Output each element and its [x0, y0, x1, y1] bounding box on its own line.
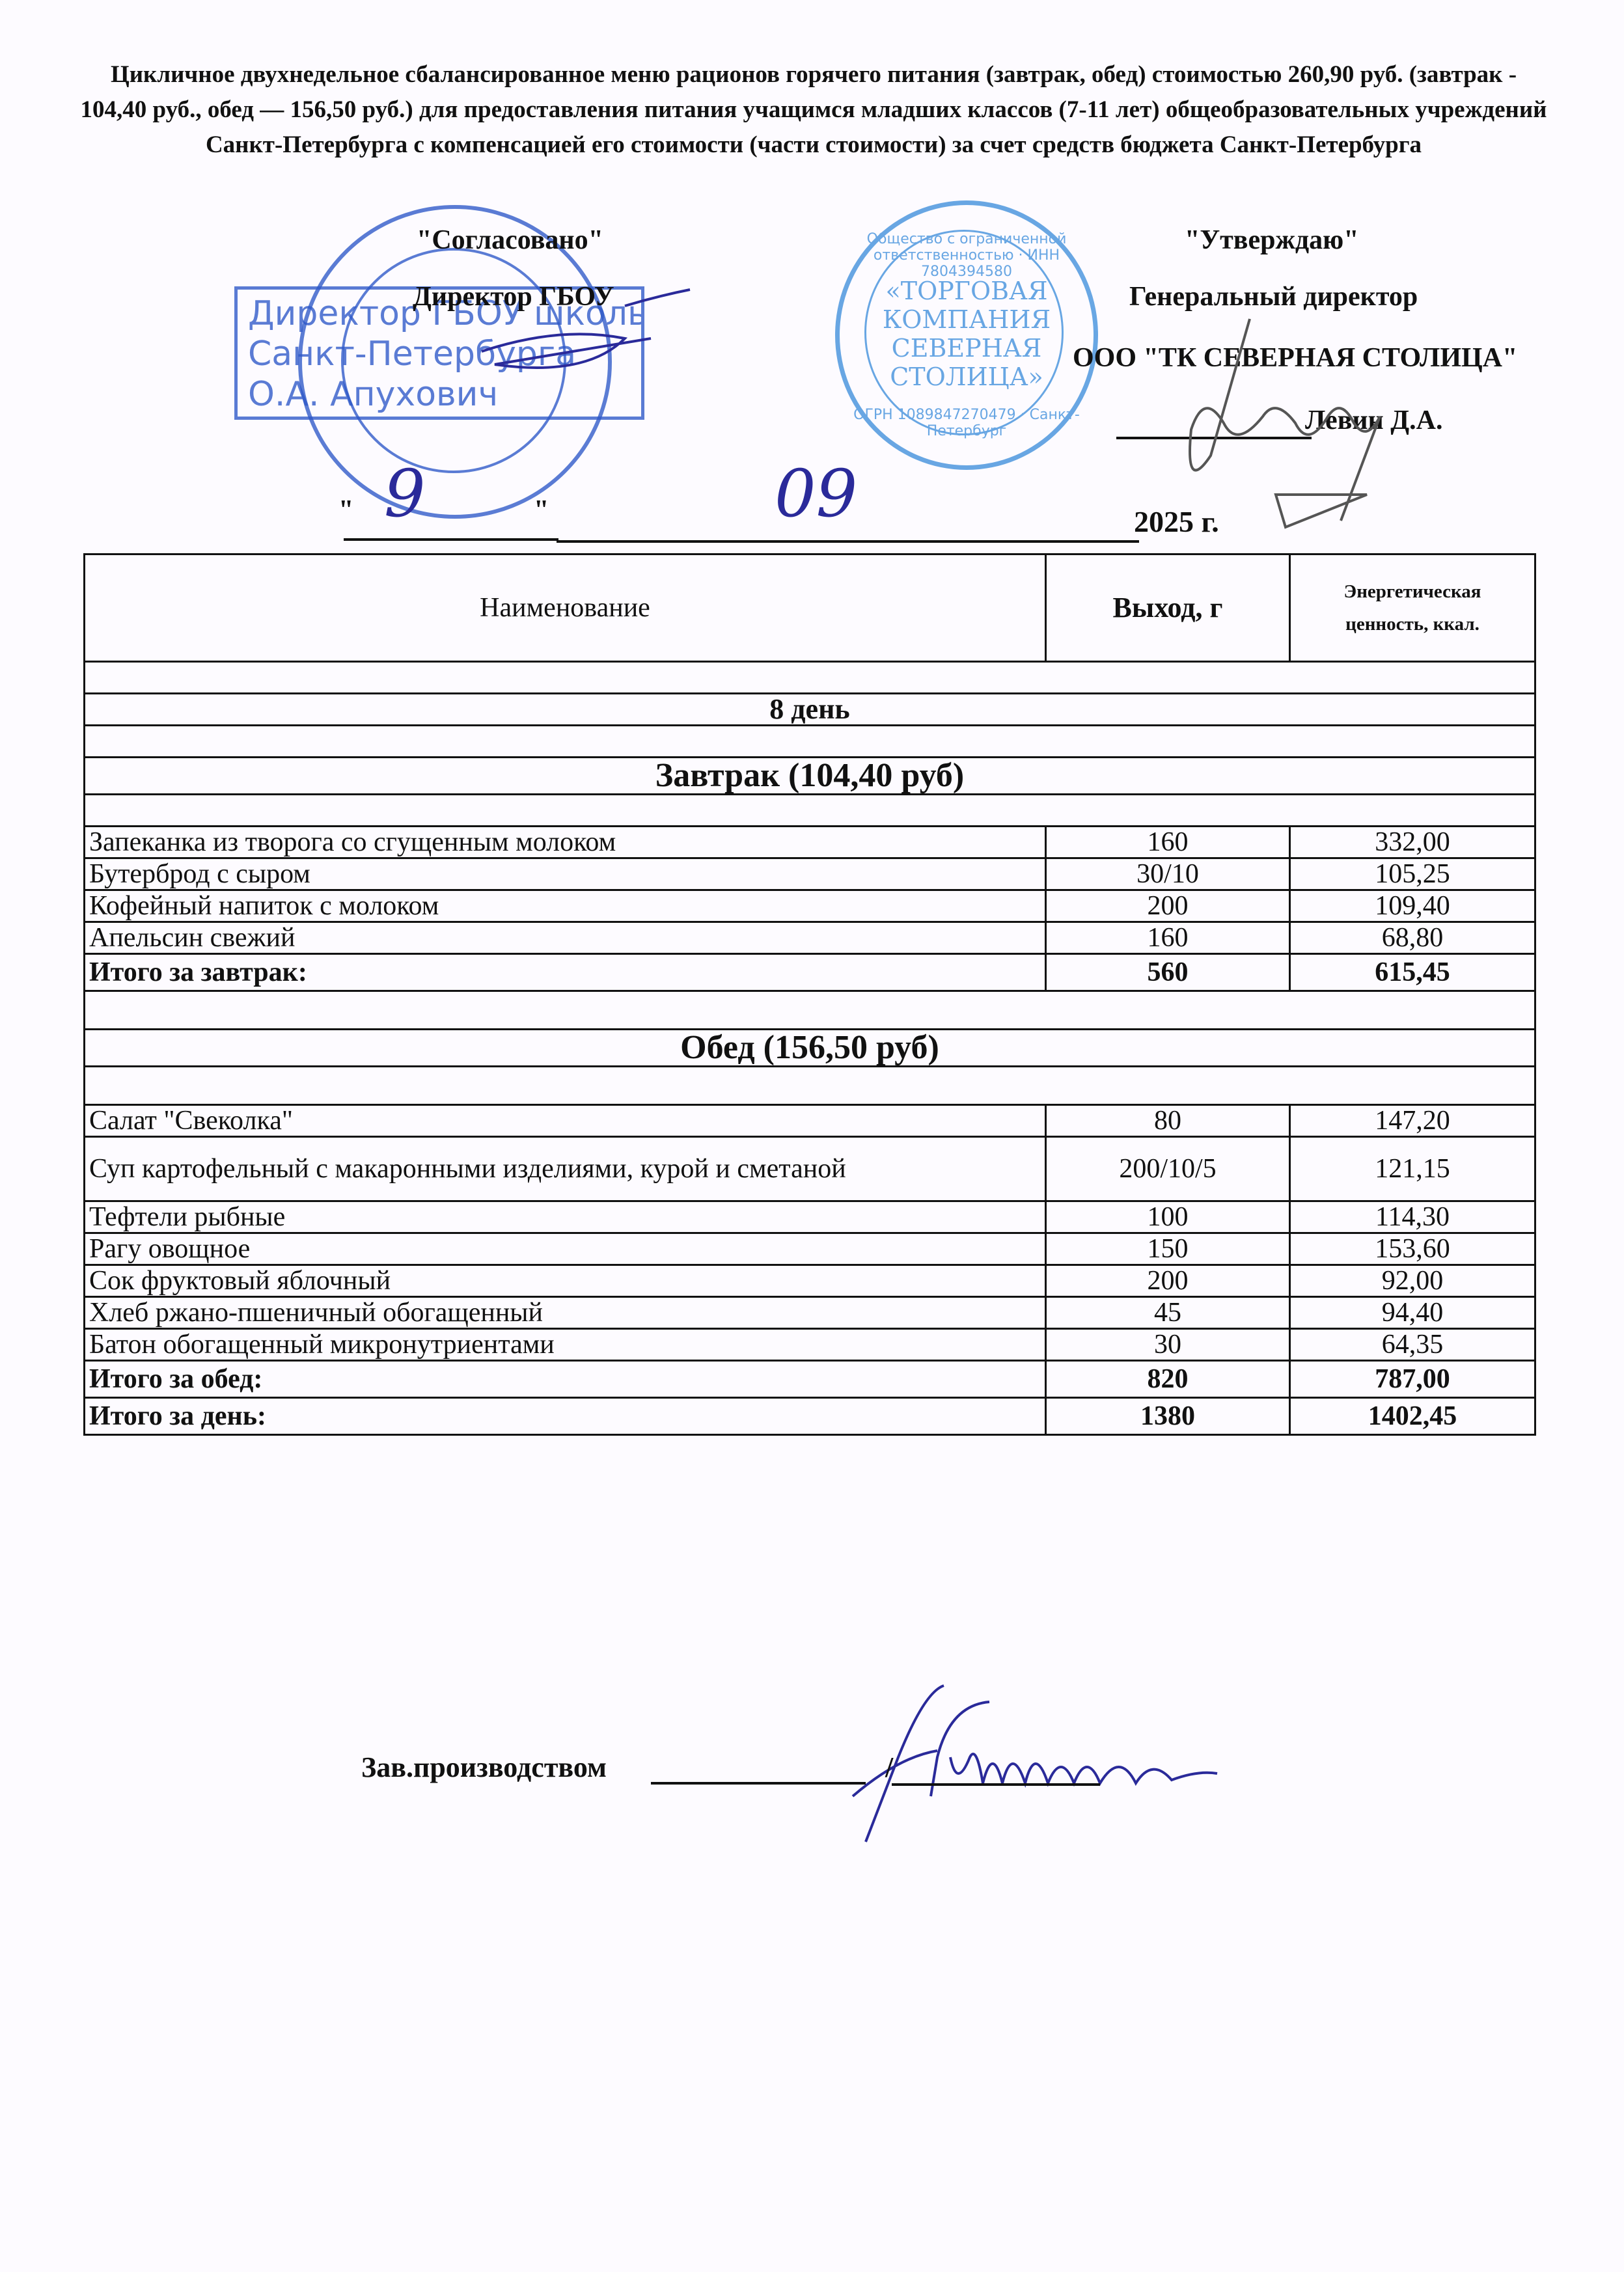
item-name: Кофейный напиток с молоком	[85, 890, 1046, 922]
table-row: Апельсин свежий 160 68,80	[85, 922, 1535, 954]
item-kcal: 92,00	[1290, 1265, 1535, 1297]
spacer-row	[85, 991, 1535, 1030]
total-kcal: 1402,45	[1290, 1398, 1535, 1435]
item-yield: 30	[1046, 1329, 1290, 1361]
day-total-row: Итого за день: 1380 1402,45	[85, 1398, 1535, 1435]
table-row: Батон обогащенный микронутриентами 30 64…	[85, 1329, 1535, 1361]
item-yield: 160	[1046, 922, 1290, 954]
item-name: Хлеб ржано-пшеничный обогащенный	[85, 1297, 1046, 1329]
header-name: Наименование	[85, 554, 1046, 662]
approved-signature-icon	[1190, 319, 1380, 527]
total-kcal: 787,00	[1290, 1361, 1535, 1398]
item-kcal: 94,40	[1290, 1297, 1535, 1329]
spacer-row	[85, 795, 1535, 827]
total-label: Итого за завтрак:	[85, 954, 1046, 991]
item-kcal: 121,15	[1290, 1137, 1535, 1201]
total-label: Итого за день:	[85, 1398, 1046, 1435]
footer-signature-icon	[853, 1686, 1217, 1842]
signature-separator: /	[885, 1751, 893, 1784]
item-yield: 30/10	[1046, 858, 1290, 890]
table-header-row: Наименование Выход, г Энергетическая цен…	[85, 554, 1535, 662]
header-energy: Энергетическая ценность, ккал.	[1290, 554, 1535, 662]
day-label: 8 день	[85, 694, 1535, 726]
table-row: Хлеб ржано-пшеничный обогащенный 45 94,4…	[85, 1297, 1535, 1329]
lunch-label: Обед (156,50 руб)	[85, 1030, 1535, 1067]
item-yield: 45	[1046, 1297, 1290, 1329]
spacer-row	[85, 662, 1535, 694]
item-name: Рагу овощное	[85, 1233, 1046, 1265]
signature-line	[651, 1782, 866, 1785]
header-yield: Выход, г	[1046, 554, 1290, 662]
item-kcal: 109,40	[1290, 890, 1535, 922]
total-yield: 560	[1046, 954, 1290, 991]
item-kcal: 68,80	[1290, 922, 1535, 954]
total-label: Итого за обед:	[85, 1361, 1046, 1398]
total-kcal: 615,45	[1290, 954, 1535, 991]
item-name: Батон обогащенный микронутриентами	[85, 1329, 1046, 1361]
lunch-heading-row: Обед (156,50 руб)	[85, 1030, 1535, 1067]
item-yield: 200	[1046, 1265, 1290, 1297]
item-kcal: 332,00	[1290, 827, 1535, 858]
item-name: Тефтели рыбные	[85, 1201, 1046, 1233]
item-name: Бутерброд с сыром	[85, 858, 1046, 890]
agreed-signature-icon	[625, 290, 690, 306]
item-name: Запеканка из творога со сгущенным молоко…	[85, 827, 1046, 858]
item-kcal: 147,20	[1290, 1105, 1535, 1137]
item-name: Апельсин свежий	[85, 922, 1046, 954]
table-row: Салат "Свеколка" 80 147,20	[85, 1105, 1535, 1137]
item-yield: 100	[1046, 1201, 1290, 1233]
breakfast-heading-row: Завтрак (104,40 руб)	[85, 758, 1535, 795]
item-name: Суп картофельный с макаронными изделиями…	[85, 1137, 1046, 1201]
table-row: Бутерброд с сыром 30/10 105,25	[85, 858, 1535, 890]
item-kcal: 153,60	[1290, 1233, 1535, 1265]
item-kcal: 114,30	[1290, 1201, 1535, 1233]
table-row: Суп картофельный с макаронными изделиями…	[85, 1137, 1535, 1201]
item-kcal: 105,25	[1290, 858, 1535, 890]
breakfast-label: Завтрак (104,40 руб)	[85, 758, 1535, 795]
table-row: Сок фруктовый яблочный 200 92,00	[85, 1265, 1535, 1297]
item-name: Сок фруктовый яблочный	[85, 1265, 1046, 1297]
total-yield: 1380	[1046, 1398, 1290, 1435]
production-manager-label: Зав.производством	[361, 1751, 607, 1784]
item-yield: 150	[1046, 1233, 1290, 1265]
header-energy-line: Энергетическая	[1295, 575, 1530, 608]
total-yield: 820	[1046, 1361, 1290, 1398]
spacer-row	[85, 1067, 1535, 1105]
breakfast-total-row: Итого за завтрак: 560 615,45	[85, 954, 1535, 991]
item-yield: 200	[1046, 890, 1290, 922]
lunch-total-row: Итого за обед: 820 787,00	[85, 1361, 1535, 1398]
item-yield: 160	[1046, 827, 1290, 858]
item-yield: 200/10/5	[1046, 1137, 1290, 1201]
header-energy-line: ценность, ккал.	[1295, 608, 1530, 640]
spacer-row	[85, 726, 1535, 758]
name-line	[892, 1783, 1100, 1786]
table-row: Запеканка из творога со сгущенным молоко…	[85, 827, 1535, 858]
table-row: Тефтели рыбные 100 114,30	[85, 1201, 1535, 1233]
menu-table: Наименование Выход, г Энергетическая цен…	[83, 553, 1536, 1436]
item-kcal: 64,35	[1290, 1329, 1535, 1361]
item-yield: 80	[1046, 1105, 1290, 1137]
item-name: Салат "Свеколка"	[85, 1105, 1046, 1137]
day-row: 8 день	[85, 694, 1535, 726]
table-row: Кофейный напиток с молоком 200 109,40	[85, 890, 1535, 922]
table-row: Рагу овощное 150 153,60	[85, 1233, 1535, 1265]
